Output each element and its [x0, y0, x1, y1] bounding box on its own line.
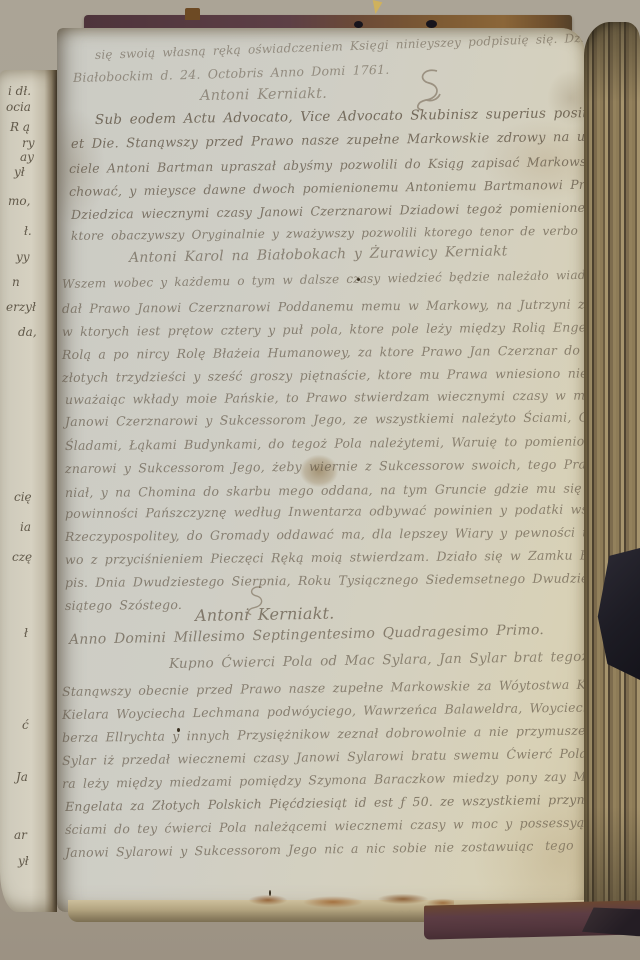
manuscript-line: et Die. Stanąwszy przed Prawo nasze zupe… [71, 129, 585, 152]
facing-page-word-fragment: ia [20, 520, 31, 534]
facing-page-word-fragment: ył [14, 165, 25, 179]
cover-leather-tab [185, 8, 200, 20]
manuscript-line: niał, y na Chomina do skarbu mego oddana… [65, 480, 585, 500]
manuscript-line: ra leży między miedzami pomiędzy Szymona… [62, 768, 585, 791]
manuscript-line: Sylar iż przedał wiecznemi czasy Janowi … [62, 745, 585, 768]
manuscript-line: złotych trzydzieści y sześć groszy piętn… [62, 365, 585, 385]
paraph-flourish-icon [405, 66, 447, 112]
facing-page-word-fragment: ć [22, 718, 29, 732]
facing-page-word-fragment: czę [12, 550, 32, 564]
paraph-flourish-icon [239, 584, 269, 616]
facing-page-word-fragment: ł. [24, 224, 32, 238]
manuscript-line: Rzeczypospolitey, do Gromady oddawać ma,… [65, 524, 585, 544]
ink-speck [177, 728, 180, 732]
paper-fragment-triangle [370, 0, 383, 15]
facing-page-word-fragment: ry [22, 136, 35, 150]
manuscript-line: Janowi Sylarowi y Sukcessorom Jego nic a… [65, 838, 534, 860]
book-cover-bottom-edge [424, 900, 640, 939]
cover-dark-flap [582, 906, 640, 937]
manuscript-line: Janowi Czerznarowi y Sukcessorom Jego, z… [65, 409, 585, 429]
manuscript-line: Kielara Woyciecha Lechmana podwóyciego, … [62, 699, 585, 722]
manuscript-line: uważaiąc wkłady moie Pańskie, to Prawo s… [65, 387, 585, 407]
facing-page-word-fragment: R ą [10, 120, 30, 134]
manuscript-line: w ktorych iest prętow cztery y puł pola,… [62, 319, 585, 339]
facing-page-word-fragment: cię [14, 490, 32, 504]
facing-page-word-fragment: Ja [16, 770, 28, 784]
manuscript-line: berza Ellrychta y innych Przysiężnikow z… [62, 722, 585, 745]
manuscript-line: znarowi y Sukcessorom Jego, żeby wiernie… [65, 456, 585, 476]
facing-page-word-fragment: ł [24, 626, 28, 640]
facing-page-word-fragment: ar [14, 828, 27, 842]
manuscript-line: Dziedzica wiecznymi czasy Janowi Czerzna… [71, 199, 585, 222]
manuscript-line: Antoni Karol na Białobokach y Żurawicy K… [129, 243, 508, 266]
facing-page-word-fragment: yy [16, 250, 30, 264]
facing-page-word-fragment: ay [20, 150, 34, 164]
facing-page-word-fragment: ocia [6, 100, 31, 114]
manuscript-line: Kupno Ćwierci Pola od Mac Sylara, Jan Sy… [169, 649, 585, 672]
facing-page-word-fragment: mo, [8, 194, 30, 208]
book-fore-edge [584, 22, 640, 914]
manuscript-line: ściami do tey ćwierci Pola należącemi wi… [65, 815, 585, 837]
manuscript-line: ktore obaczywszy Oryginalnie y zważywszy… [71, 223, 585, 243]
facing-page-word-fragment: n [12, 275, 20, 289]
manuscript-line: chować, y mieysce dawne dwoch pomienione… [69, 175, 585, 199]
manuscript-line: Sub eodem Actu Advocato, Vice Advocato S… [95, 104, 585, 128]
facing-page-text: i dł.ociaR ąryayyłmo,ł.yynerzyłda,cięiac… [0, 70, 50, 910]
facing-page-word-fragment: da, [18, 325, 37, 339]
manuscript-line: siątego Szóstego. [65, 597, 182, 613]
manuscript-line: Śladami, Łąkami Budynkami, do tegoż Pola… [65, 433, 585, 453]
ink-speck [357, 278, 360, 281]
cover-damage-spot [354, 21, 363, 28]
manuscript-line: Rolą a po nircy Rolę Błażeia Humanowey, … [62, 342, 585, 362]
manuscript-line: się swoią własną ręką oświadczeniem Księ… [95, 28, 585, 62]
facing-page-word-fragment: erzył [6, 300, 36, 314]
manuscript-photo: i dł.ociaR ąryayyłmo,ł.yynerzyłda,cięiac… [0, 0, 640, 960]
manuscript-line: Engelata za Złotych Polskich Pięćdziesią… [65, 791, 585, 814]
manuscript-page: się swoią własną ręką oświadczeniem Księ… [57, 28, 585, 912]
manuscript-line: tego [545, 837, 574, 852]
facing-page-word-fragment: i dł. [8, 84, 31, 98]
manuscript-line: pis. Dnia Dwudziestego Sierpnia, Roku Ty… [65, 570, 585, 590]
manuscript-line: wo z przyciśnieniem Pieczęci Ręką moią s… [65, 547, 585, 567]
manuscript-line: dał Prawo Janowi Czerznarowi Poddanemu m… [62, 296, 585, 316]
cover-damage-spot [426, 20, 437, 28]
manuscript-line: Wszem wobec y każdemu o tym w dalsze cza… [62, 266, 585, 291]
manuscript-line: Białobockim d. 24. Octobris Anno Domi 17… [73, 62, 390, 85]
manuscript-line: Anno Domini Millesimo Septingentesimo Qu… [69, 622, 544, 648]
facing-page-word-fragment: ył [18, 854, 29, 868]
manuscript-line: ciele Antoni Bartman upraszał abyśmy poz… [69, 153, 585, 176]
manuscript-line: Antoni Kerniakt. [200, 86, 327, 104]
manuscript-line: Stanąwszy obecnie przed Prawo nasze zupe… [62, 676, 585, 699]
leather-scraps [238, 891, 454, 909]
manuscript-line: powinności Pańszczyznę według Inwentarza… [65, 501, 585, 521]
